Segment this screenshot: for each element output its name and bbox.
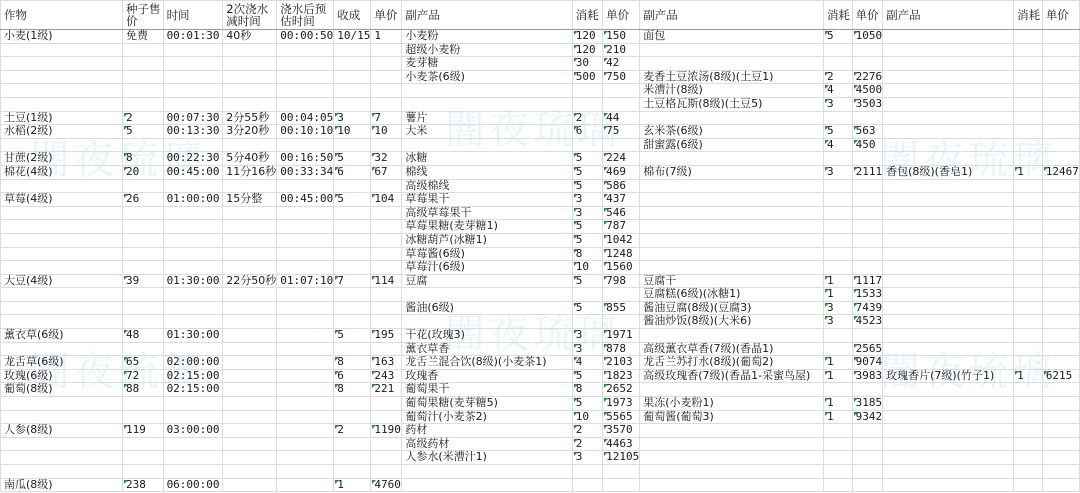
cell-grow-time[interactable] (163, 97, 223, 111)
cell-byproduct-1[interactable]: 龙舌兰混合饮(8级)(小麦茶1) (402, 356, 572, 370)
cell-byproduct-1[interactable] (402, 465, 572, 479)
cell-consume-2[interactable] (823, 57, 852, 71)
cell-byproduct-3[interactable] (883, 179, 1014, 193)
cell-harvest[interactable] (334, 247, 371, 261)
cell-consume-3[interactable] (1014, 356, 1043, 370)
cell-watered-time[interactable]: 00:04:05 (277, 111, 334, 125)
cell-byproduct-3[interactable] (883, 138, 1014, 152)
cell-byproduct-2[interactable] (640, 465, 824, 479)
cell-water-reduction[interactable]: 11分16秒 (223, 165, 277, 179)
cell-seed-price[interactable] (123, 70, 164, 84)
cell-price-1[interactable] (603, 465, 640, 479)
cell-byproduct-2[interactable]: 豆腐干 (640, 274, 824, 288)
cell-watered-time[interactable] (277, 465, 334, 479)
cell-grow-time[interactable]: 01:30:00 (163, 274, 223, 288)
cell-consume-2[interactable] (823, 424, 852, 438)
cell-crop[interactable] (1, 57, 123, 71)
cell-unit-price[interactable]: 221 (371, 383, 402, 397)
cell-price-2[interactable] (852, 111, 883, 125)
cell-water-reduction[interactable] (223, 97, 277, 111)
cell-byproduct-1[interactable]: 冰糖葫芦(冰糖1) (402, 233, 572, 247)
header-byproduct-1[interactable]: 副产品 (402, 1, 572, 30)
cell-byproduct-2[interactable]: 高级薰衣草香(7级)(香晶1) (640, 342, 824, 356)
cell-water-reduction[interactable] (223, 206, 277, 220)
cell-price-3[interactable] (1042, 247, 1079, 261)
cell-seed-price[interactable] (123, 138, 164, 152)
cell-watered-time[interactable] (277, 383, 334, 397)
cell-consume-1[interactable]: 500 (572, 70, 602, 84)
cell-price-3[interactable]: 6215 (1042, 369, 1079, 383)
cell-water-reduction[interactable] (223, 315, 277, 329)
cell-harvest[interactable] (334, 220, 371, 234)
cell-unit-price[interactable] (371, 301, 402, 315)
cell-byproduct-1[interactable] (402, 288, 572, 302)
cell-seed-price[interactable] (123, 315, 164, 329)
cell-price-1[interactable]: 75 (603, 125, 640, 139)
cell-byproduct-3[interactable] (883, 43, 1014, 57)
cell-consume-1[interactable]: 5 (572, 397, 602, 411)
cell-watered-time[interactable] (277, 437, 334, 451)
cell-seed-price[interactable] (123, 301, 164, 315)
cell-watered-time[interactable] (277, 329, 334, 343)
cell-unit-price[interactable]: 7 (371, 111, 402, 125)
cell-byproduct-3[interactable] (883, 451, 1014, 465)
cell-unit-price[interactable] (371, 220, 402, 234)
cell-consume-3[interactable] (1014, 193, 1043, 207)
cell-byproduct-2[interactable] (640, 57, 824, 71)
cell-grow-time[interactable] (163, 342, 223, 356)
cell-watered-time[interactable] (277, 342, 334, 356)
cell-byproduct-2[interactable]: 酱油炒饭(8级)(大米6) (640, 315, 824, 329)
cell-crop[interactable]: 小麦(1级) (1, 30, 123, 44)
cell-consume-2[interactable] (823, 193, 852, 207)
cell-price-2[interactable]: 9074 (852, 356, 883, 370)
cell-water-reduction[interactable] (223, 233, 277, 247)
cell-consume-2[interactable] (823, 342, 852, 356)
cell-unit-price[interactable] (371, 315, 402, 329)
cell-seed-price[interactable] (123, 220, 164, 234)
cell-harvest[interactable] (334, 84, 371, 98)
cell-seed-price[interactable] (123, 84, 164, 98)
cell-byproduct-2[interactable] (640, 206, 824, 220)
cell-crop[interactable]: 人参(8级) (1, 424, 123, 438)
cell-consume-1[interactable]: 5 (572, 179, 602, 193)
cell-crop[interactable] (1, 84, 123, 98)
cell-consume-2[interactable]: 3 (823, 301, 852, 315)
cell-byproduct-3[interactable] (883, 97, 1014, 111)
cell-price-1[interactable]: 42 (603, 57, 640, 71)
cell-grow-time[interactable]: 00:13:30 (163, 125, 223, 139)
cell-consume-1[interactable]: 5 (572, 233, 602, 247)
cell-price-1[interactable] (603, 84, 640, 98)
cell-consume-1[interactable]: 5 (572, 165, 602, 179)
cell-price-1[interactable]: 12105 (603, 451, 640, 465)
cell-crop[interactable] (1, 465, 123, 479)
cell-byproduct-1[interactable]: 麦芽糖 (402, 57, 572, 71)
cell-byproduct-1[interactable] (402, 97, 572, 111)
cell-water-reduction[interactable] (223, 57, 277, 71)
cell-price-1[interactable]: 44 (603, 111, 640, 125)
cell-consume-1[interactable] (572, 478, 602, 492)
cell-consume-3[interactable] (1014, 43, 1043, 57)
cell-price-2[interactable] (852, 179, 883, 193)
cell-byproduct-1[interactable]: 草莓果干 (402, 193, 572, 207)
cell-price-3[interactable] (1042, 465, 1079, 479)
cell-byproduct-2[interactable]: 甜蜜露(6级) (640, 138, 824, 152)
cell-price-2[interactable] (852, 57, 883, 71)
cell-consume-1[interactable]: 5 (572, 369, 602, 383)
header-seed-price[interactable]: 种子售价 (123, 1, 164, 30)
cell-byproduct-1[interactable]: 葡萄果糖(麦芽糖5) (402, 397, 572, 411)
cell-grow-time[interactable] (163, 206, 223, 220)
cell-consume-1[interactable]: 10 (572, 261, 602, 275)
cell-byproduct-2[interactable] (640, 193, 824, 207)
cell-price-1[interactable]: 4463 (603, 437, 640, 451)
cell-unit-price[interactable] (371, 247, 402, 261)
cell-consume-3[interactable] (1014, 274, 1043, 288)
cell-price-1[interactable]: 855 (603, 301, 640, 315)
cell-price-1[interactable]: 787 (603, 220, 640, 234)
cell-crop[interactable] (1, 315, 123, 329)
cell-consume-3[interactable] (1014, 261, 1043, 275)
cell-price-2[interactable] (852, 193, 883, 207)
cell-byproduct-2[interactable] (640, 383, 824, 397)
cell-crop[interactable] (1, 397, 123, 411)
cell-water-reduction[interactable] (223, 342, 277, 356)
cell-watered-time[interactable] (277, 356, 334, 370)
cell-byproduct-3[interactable] (883, 152, 1014, 166)
cell-consume-3[interactable] (1014, 315, 1043, 329)
cell-harvest[interactable]: 8 (334, 356, 371, 370)
cell-price-1[interactable]: 224 (603, 152, 640, 166)
cell-seed-price[interactable] (123, 397, 164, 411)
cell-crop[interactable] (1, 43, 123, 57)
cell-consume-1[interactable]: 6 (572, 125, 602, 139)
cell-price-3[interactable] (1042, 274, 1079, 288)
cell-unit-price[interactable] (371, 342, 402, 356)
cell-harvest[interactable]: 8 (334, 383, 371, 397)
cell-byproduct-1[interactable]: 草莓汁(6级) (402, 261, 572, 275)
cell-grow-time[interactable] (163, 288, 223, 302)
cell-crop[interactable] (1, 97, 123, 111)
cell-water-reduction[interactable] (223, 424, 277, 438)
cell-consume-1[interactable]: 30 (572, 57, 602, 71)
cell-consume-3[interactable] (1014, 478, 1043, 492)
cell-watered-time[interactable] (277, 478, 334, 492)
cell-unit-price[interactable] (371, 84, 402, 98)
cell-price-3[interactable] (1042, 315, 1079, 329)
cell-price-2[interactable]: 9342 (852, 410, 883, 424)
cell-price-3[interactable] (1042, 301, 1079, 315)
cell-byproduct-3[interactable] (883, 424, 1014, 438)
cell-price-2[interactable] (852, 247, 883, 261)
header-crop[interactable]: 作物 (1, 1, 123, 30)
cell-consume-3[interactable] (1014, 30, 1043, 44)
cell-grow-time[interactable]: 02:00:00 (163, 356, 223, 370)
cell-price-3[interactable] (1042, 84, 1079, 98)
cell-water-reduction[interactable] (223, 356, 277, 370)
cell-harvest[interactable] (334, 179, 371, 193)
cell-unit-price[interactable] (371, 465, 402, 479)
cell-byproduct-3[interactable] (883, 329, 1014, 343)
cell-consume-3[interactable] (1014, 410, 1043, 424)
cell-byproduct-3[interactable] (883, 437, 1014, 451)
cell-unit-price[interactable] (371, 233, 402, 247)
cell-consume-3[interactable] (1014, 233, 1043, 247)
cell-seed-price[interactable] (123, 43, 164, 57)
cell-crop[interactable] (1, 179, 123, 193)
cell-price-3[interactable] (1042, 30, 1079, 44)
cell-byproduct-2[interactable]: 高级玫瑰香(7级)(香晶1-采蜜鸟屋) (640, 369, 824, 383)
cell-consume-3[interactable] (1014, 301, 1043, 315)
cell-consume-2[interactable] (823, 179, 852, 193)
cell-grow-time[interactable] (163, 315, 223, 329)
cell-grow-time[interactable]: 01:30:00 (163, 329, 223, 343)
cell-watered-time[interactable] (277, 138, 334, 152)
header-consume-2[interactable]: 消耗 (823, 1, 852, 30)
cell-harvest[interactable]: 5 (334, 152, 371, 166)
cell-price-3[interactable] (1042, 288, 1079, 302)
cell-harvest[interactable] (334, 97, 371, 111)
cell-byproduct-1[interactable]: 超级小麦粉 (402, 43, 572, 57)
header-harvest[interactable]: 收成 (334, 1, 371, 30)
cell-price-3[interactable] (1042, 220, 1079, 234)
cell-harvest[interactable]: 10 (334, 125, 371, 139)
cell-water-reduction[interactable] (223, 329, 277, 343)
cell-consume-2[interactable]: 1 (823, 288, 852, 302)
cell-byproduct-3[interactable] (883, 193, 1014, 207)
cell-consume-2[interactable]: 5 (823, 125, 852, 139)
cell-byproduct-1[interactable]: 干花(玫瑰3) (402, 329, 572, 343)
cell-crop[interactable] (1, 138, 123, 152)
cell-seed-price[interactable] (123, 342, 164, 356)
cell-unit-price[interactable] (371, 437, 402, 451)
cell-seed-price[interactable] (123, 261, 164, 275)
cell-byproduct-2[interactable]: 葡萄酱(葡萄3) (640, 410, 824, 424)
cell-consume-3[interactable] (1014, 57, 1043, 71)
cell-byproduct-3[interactable] (883, 301, 1014, 315)
cell-byproduct-3[interactable] (883, 247, 1014, 261)
cell-consume-2[interactable]: 1 (823, 274, 852, 288)
cell-consume-2[interactable] (823, 152, 852, 166)
cell-consume-1[interactable]: 120 (572, 30, 602, 44)
cell-price-3[interactable] (1042, 179, 1079, 193)
cell-consume-3[interactable] (1014, 465, 1043, 479)
cell-seed-price[interactable]: 39 (123, 274, 164, 288)
cell-water-reduction[interactable]: 40秒 (223, 30, 277, 44)
cell-price-2[interactable]: 3185 (852, 397, 883, 411)
cell-grow-time[interactable] (163, 397, 223, 411)
cell-consume-1[interactable] (572, 465, 602, 479)
cell-crop[interactable]: 薰衣草(6级) (1, 329, 123, 343)
cell-consume-1[interactable]: 3 (572, 342, 602, 356)
cell-price-1[interactable]: 150 (603, 30, 640, 44)
cell-harvest[interactable] (334, 261, 371, 275)
cell-price-1[interactable] (603, 478, 640, 492)
cell-consume-2[interactable]: 3 (823, 165, 852, 179)
cell-byproduct-1[interactable]: 葡萄果干 (402, 383, 572, 397)
cell-price-3[interactable] (1042, 356, 1079, 370)
cell-price-2[interactable]: 450 (852, 138, 883, 152)
cell-byproduct-2[interactable] (640, 179, 824, 193)
cell-crop[interactable] (1, 437, 123, 451)
cell-unit-price[interactable]: 32 (371, 152, 402, 166)
cell-consume-2[interactable] (823, 247, 852, 261)
cell-consume-1[interactable]: 2 (572, 424, 602, 438)
cell-consume-2[interactable]: 1 (823, 356, 852, 370)
cell-seed-price[interactable] (123, 179, 164, 193)
cell-unit-price[interactable]: 1190 (371, 424, 402, 438)
cell-seed-price[interactable] (123, 437, 164, 451)
cell-price-1[interactable]: 586 (603, 179, 640, 193)
cell-unit-price[interactable] (371, 397, 402, 411)
cell-consume-3[interactable] (1014, 97, 1043, 111)
cell-byproduct-2[interactable]: 豆腐糕(6级)(冰糖1) (640, 288, 824, 302)
cell-seed-price[interactable]: 65 (123, 356, 164, 370)
cell-price-2[interactable]: 2565 (852, 342, 883, 356)
cell-consume-3[interactable]: 1 (1014, 165, 1043, 179)
cell-water-reduction[interactable] (223, 43, 277, 57)
cell-price-1[interactable]: 437 (603, 193, 640, 207)
cell-byproduct-3[interactable] (883, 383, 1014, 397)
cell-water-reduction[interactable] (223, 465, 277, 479)
cell-seed-price[interactable]: 48 (123, 329, 164, 343)
cell-consume-1[interactable] (572, 138, 602, 152)
cell-grow-time[interactable] (163, 57, 223, 71)
header-price-3[interactable]: 单价 (1042, 1, 1079, 30)
cell-water-reduction[interactable] (223, 179, 277, 193)
cell-water-reduction[interactable] (223, 138, 277, 152)
cell-unit-price[interactable] (371, 138, 402, 152)
cell-grow-time[interactable]: 03:00:00 (163, 424, 223, 438)
cell-harvest[interactable]: 10/15 (334, 30, 371, 44)
cell-price-3[interactable] (1042, 342, 1079, 356)
cell-grow-time[interactable] (163, 84, 223, 98)
cell-byproduct-2[interactable] (640, 220, 824, 234)
cell-crop[interactable] (1, 410, 123, 424)
cell-price-3[interactable] (1042, 206, 1079, 220)
cell-byproduct-2[interactable] (640, 424, 824, 438)
header-byproduct-3[interactable]: 副产品 (883, 1, 1014, 30)
cell-price-3[interactable]: 12467 (1042, 165, 1079, 179)
cell-consume-3[interactable] (1014, 342, 1043, 356)
cell-byproduct-3[interactable]: 玫瑰香片(7级)(竹子1) (883, 369, 1014, 383)
cell-price-2[interactable] (852, 220, 883, 234)
cell-consume-1[interactable]: 2 (572, 111, 602, 125)
cell-water-reduction[interactable] (223, 478, 277, 492)
cell-seed-price[interactable] (123, 206, 164, 220)
cell-watered-time[interactable] (277, 220, 334, 234)
cell-price-3[interactable] (1042, 111, 1079, 125)
cell-crop[interactable]: 玫瑰(6级) (1, 369, 123, 383)
cell-consume-2[interactable] (823, 233, 852, 247)
cell-price-2[interactable] (852, 261, 883, 275)
cell-consume-1[interactable]: 5 (572, 301, 602, 315)
cell-crop[interactable]: 甘蔗(2级) (1, 152, 123, 166)
cell-byproduct-1[interactable]: 高级草莓果干 (402, 206, 572, 220)
cell-harvest[interactable] (334, 43, 371, 57)
cell-consume-3[interactable] (1014, 329, 1043, 343)
cell-unit-price[interactable]: 114 (371, 274, 402, 288)
cell-seed-price[interactable]: 免费 (123, 30, 164, 44)
cell-consume-2[interactable]: 2 (823, 70, 852, 84)
cell-price-2[interactable] (852, 329, 883, 343)
cell-crop[interactable]: 葡萄(8级) (1, 383, 123, 397)
cell-byproduct-2[interactable]: 土豆格瓦斯(8级)(土豆5) (640, 97, 824, 111)
cell-grow-time[interactable] (163, 138, 223, 152)
cell-byproduct-3[interactable] (883, 478, 1014, 492)
cell-grow-time[interactable]: 00:07:30 (163, 111, 223, 125)
cell-consume-2[interactable] (823, 478, 852, 492)
cell-consume-2[interactable]: 4 (823, 84, 852, 98)
cell-consume-2[interactable]: 1 (823, 397, 852, 411)
cell-byproduct-1[interactable] (402, 315, 572, 329)
cell-crop[interactable]: 水稻(2级) (1, 125, 123, 139)
cell-crop[interactable]: 土豆(1级) (1, 111, 123, 125)
cell-harvest[interactable] (334, 70, 371, 84)
cell-harvest[interactable]: 5 (334, 329, 371, 343)
cell-price-1[interactable]: 1560 (603, 261, 640, 275)
cell-byproduct-1[interactable]: 小麦茶(6级) (402, 70, 572, 84)
cell-byproduct-2[interactable]: 棉布(7级) (640, 165, 824, 179)
cell-byproduct-1[interactable]: 小麦粉 (402, 30, 572, 44)
cell-price-3[interactable] (1042, 97, 1079, 111)
cell-water-reduction[interactable]: 15分整 (223, 193, 277, 207)
cell-consume-3[interactable] (1014, 70, 1043, 84)
cell-grow-time[interactable]: 00:01:30 (163, 30, 223, 44)
cell-consume-3[interactable] (1014, 397, 1043, 411)
cell-harvest[interactable] (334, 301, 371, 315)
cell-consume-1[interactable] (572, 315, 602, 329)
cell-crop[interactable] (1, 247, 123, 261)
cell-watered-time[interactable] (277, 261, 334, 275)
cell-byproduct-1[interactable]: 草莓果糖(麦芽糖1) (402, 220, 572, 234)
cell-price-1[interactable]: 1973 (603, 397, 640, 411)
cell-crop[interactable] (1, 451, 123, 465)
cell-price-3[interactable] (1042, 43, 1079, 57)
cell-water-reduction[interactable] (223, 410, 277, 424)
cell-price-1[interactable]: 878 (603, 342, 640, 356)
cell-byproduct-3[interactable] (883, 410, 1014, 424)
cell-price-2[interactable]: 2111 (852, 165, 883, 179)
cell-crop[interactable] (1, 261, 123, 275)
header-byproduct-2[interactable]: 副产品 (640, 1, 824, 30)
cell-watered-time[interactable] (277, 84, 334, 98)
cell-price-3[interactable] (1042, 397, 1079, 411)
cell-seed-price[interactable]: 26 (123, 193, 164, 207)
cell-price-1[interactable]: 750 (603, 70, 640, 84)
cell-price-3[interactable] (1042, 424, 1079, 438)
cell-unit-price[interactable]: 163 (371, 356, 402, 370)
cell-seed-price[interactable] (123, 233, 164, 247)
cell-grow-time[interactable] (163, 233, 223, 247)
cell-harvest[interactable]: 3 (334, 111, 371, 125)
cell-harvest[interactable]: 1 (334, 478, 371, 492)
cell-price-1[interactable]: 798 (603, 274, 640, 288)
cell-byproduct-2[interactable]: 玄米茶(6级) (640, 125, 824, 139)
cell-harvest[interactable] (334, 410, 371, 424)
cell-harvest[interactable] (334, 138, 371, 152)
cell-price-2[interactable] (852, 437, 883, 451)
cell-unit-price[interactable]: 10 (371, 125, 402, 139)
cell-consume-2[interactable]: 1 (823, 410, 852, 424)
cell-grow-time[interactable]: 01:00:00 (163, 193, 223, 207)
cell-price-3[interactable] (1042, 410, 1079, 424)
cell-unit-price[interactable] (371, 97, 402, 111)
cell-consume-1[interactable]: 3 (572, 329, 602, 343)
cell-price-1[interactable] (603, 138, 640, 152)
cell-harvest[interactable]: 6 (334, 369, 371, 383)
